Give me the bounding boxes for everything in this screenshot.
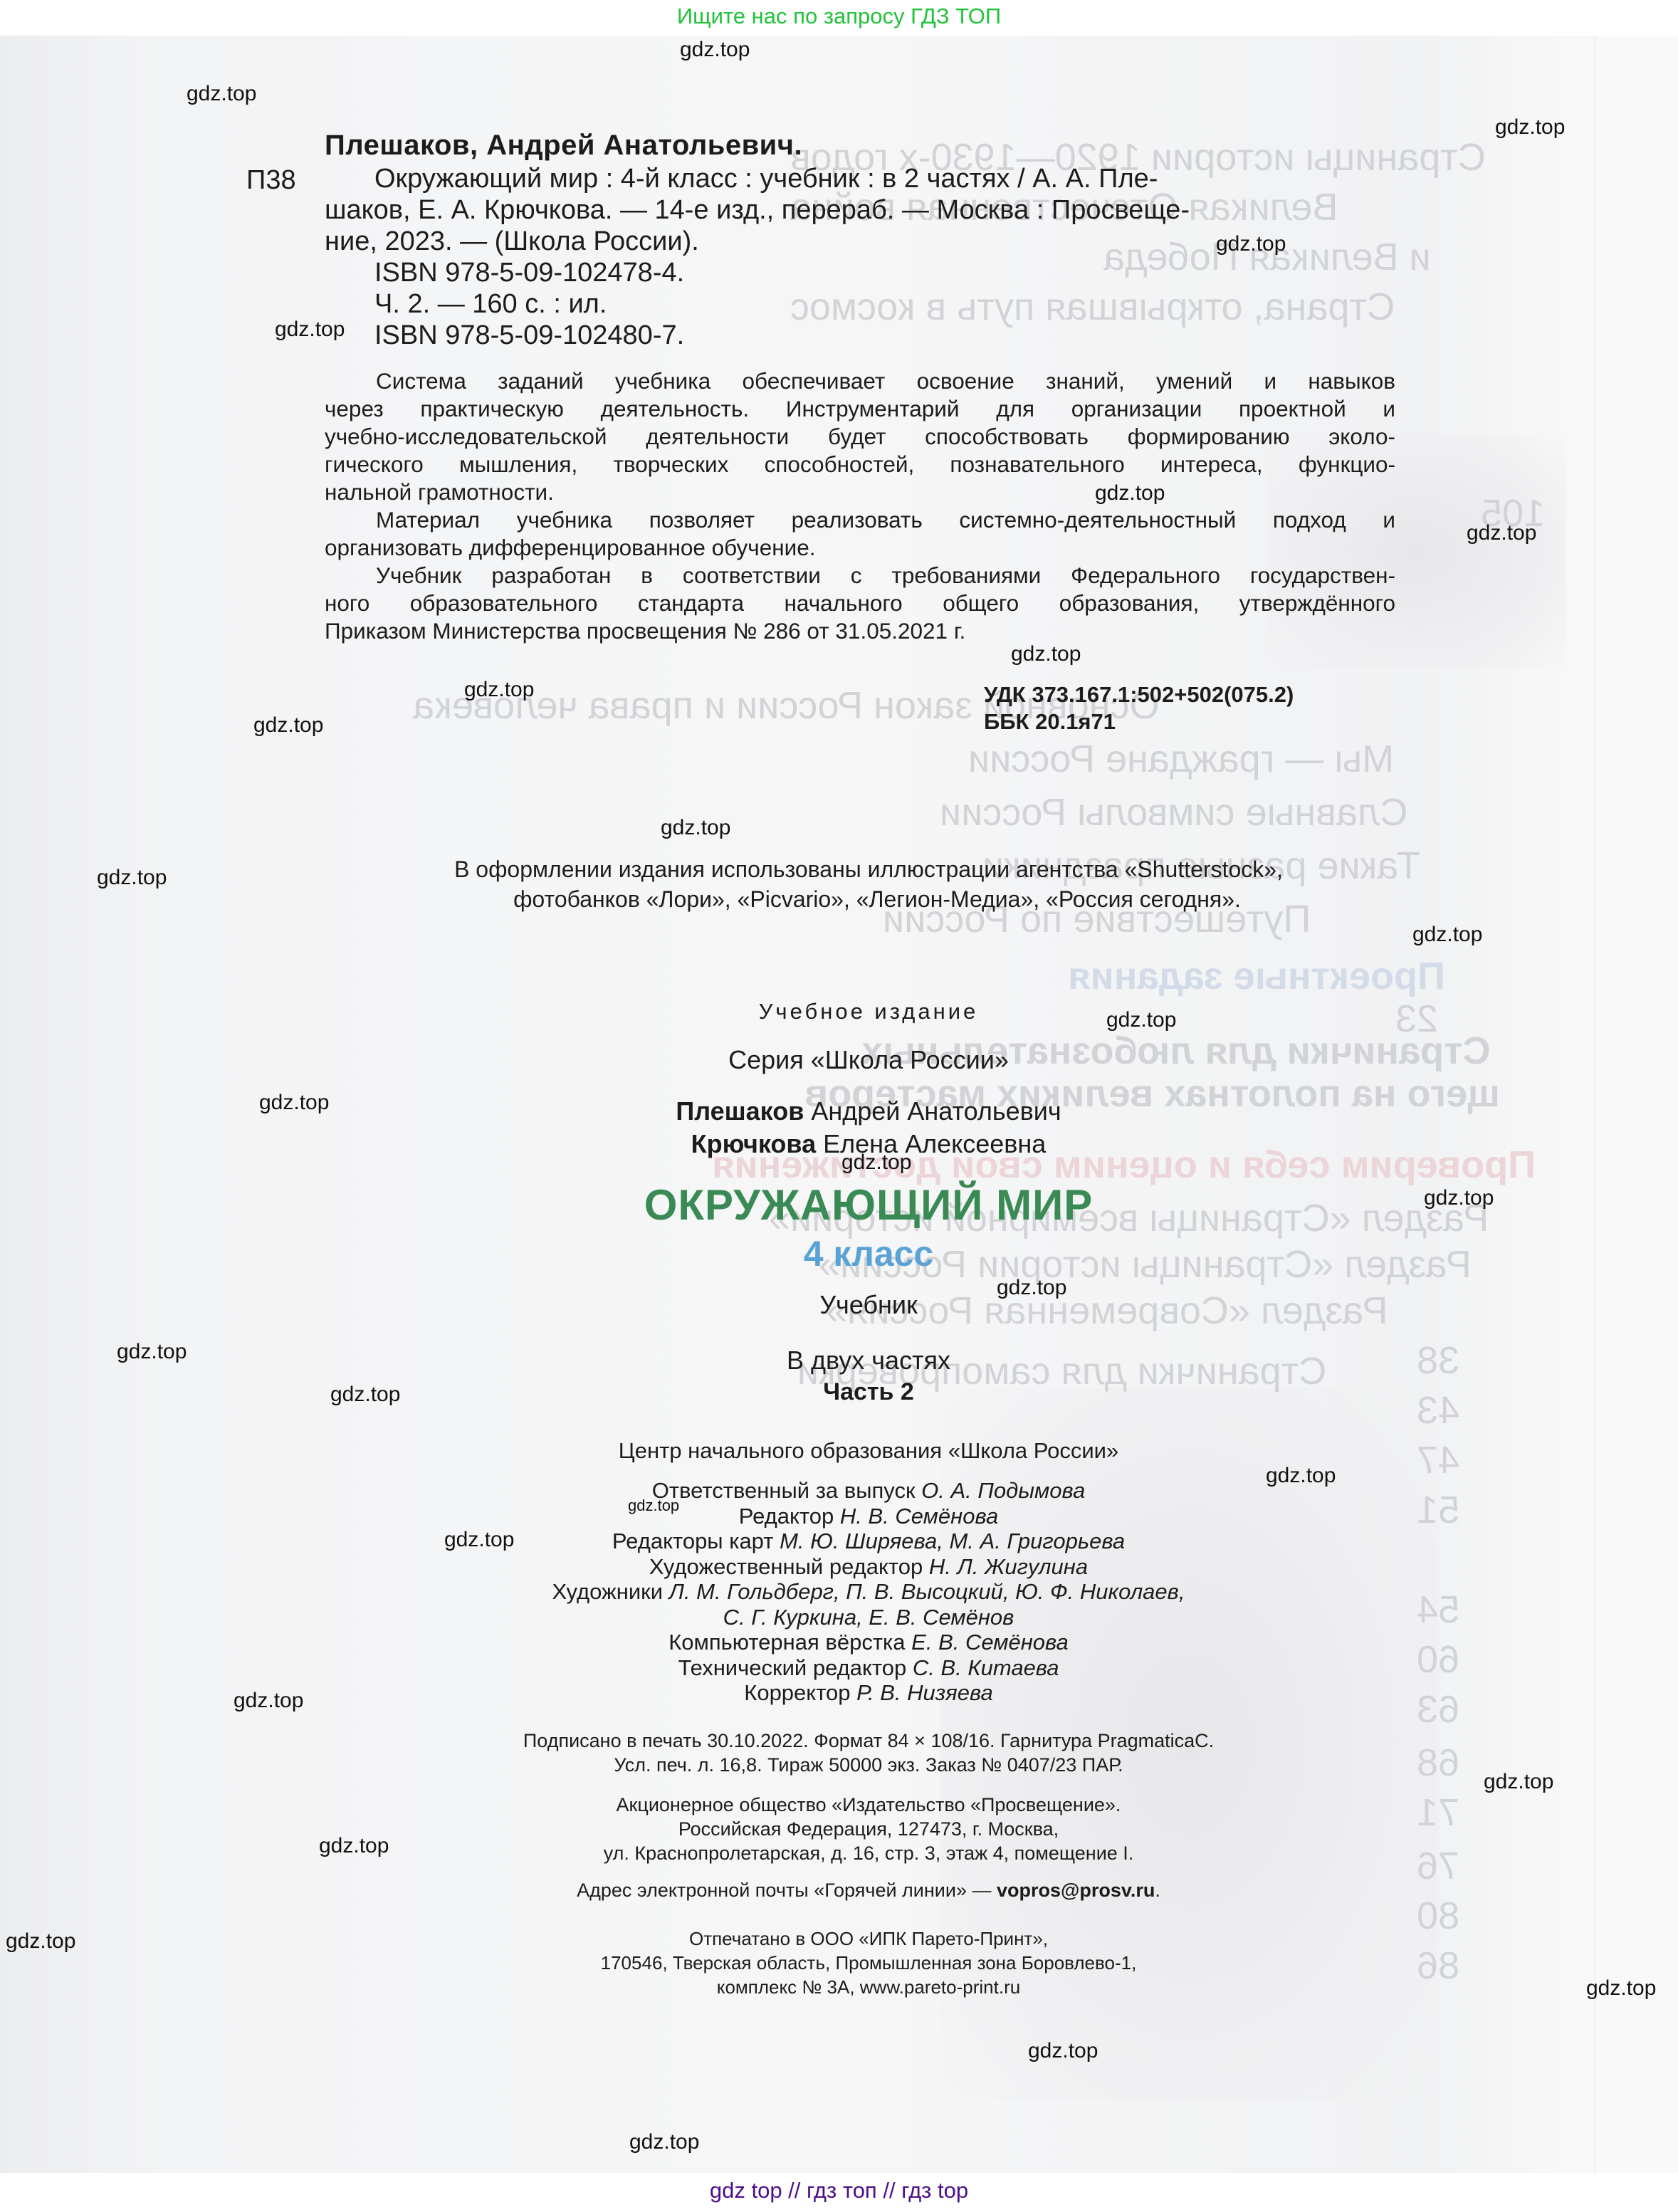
watermark: gdz.top: [234, 1689, 303, 1713]
annotation-line: организовать дифференцированное обучение…: [325, 534, 1395, 562]
watermark: gdz.top: [1467, 521, 1536, 545]
credit-row: Ответственный за выпуск О. А. Подымова: [0, 1478, 1678, 1504]
signed-to-print: Подписано в печать 30.10.2022. Формат 84…: [0, 1729, 1678, 1753]
annotation-line: Система заданий учебника обеспечивает ос…: [325, 367, 1395, 395]
annotation-line: Приказом Министерства просвещения № 286 …: [325, 617, 1395, 645]
watermark: gdz.top: [1266, 1464, 1336, 1488]
illustrations-note-line: фотобанков «Лори», «Picvario», «Легион-М…: [0, 884, 1678, 914]
bib-line: ние, 2023. — (Школа России).: [325, 226, 699, 257]
isbn-part: ISBN 978-5-09-102480-7.: [374, 320, 684, 351]
publisher-line: Российская Федерация, 127473, г. Москва,: [0, 1817, 1678, 1841]
show-through-line: Мы — граждане России: [968, 737, 1394, 781]
annotation-paragraph: Система заданий учебника обеспечивает ос…: [325, 367, 1395, 645]
search-banner: Ищите нас по запросу ГДЗ ТОП: [0, 0, 1678, 36]
annotation-line: через практическую деятельность. Инструм…: [325, 395, 1395, 423]
author-line: Крючкова Елена Алексеевна: [0, 1129, 1678, 1159]
watermark: gdz.top: [1484, 1770, 1553, 1794]
watermark: gdz.top: [1106, 1008, 1176, 1032]
watermark: gdz.top: [97, 866, 167, 890]
print-info: Подписано в печать 30.10.2022. Формат 84…: [0, 1729, 1678, 1777]
watermark: gdz.top: [629, 2130, 699, 2154]
author-heading: Плешаков, Андрей Анатольевич.: [325, 130, 802, 162]
watermark: gdz.top: [259, 1091, 329, 1115]
watermark: gdz.top: [187, 82, 256, 106]
grade: 4 класс: [0, 1233, 1678, 1274]
bib-line: Окружающий мир : 4-й класс : учебник : в…: [374, 164, 1158, 194]
author-surname: Плешаков: [676, 1096, 804, 1126]
watermark: gdz.top: [997, 1276, 1066, 1300]
isbn-set: ISBN 978-5-09-102478-4.: [374, 258, 684, 288]
watermark: gdz.top: [628, 1496, 679, 1515]
publisher-line: Акционерное общество «Издательство «Прос…: [0, 1793, 1678, 1817]
watermark: gdz.top: [330, 1383, 400, 1407]
credit-row: Художественный редактор Н. Л. Жигулина: [0, 1554, 1678, 1580]
watermark: gdz.top: [444, 1528, 514, 1552]
watermark: gdz.top: [319, 1834, 389, 1858]
hotline-email[interactable]: vopros@prosv.ru: [997, 1880, 1155, 1901]
show-through-line: Славные символы России: [940, 790, 1407, 834]
credit-row: Компьютерная вёрстка Е. В. Семёнова: [0, 1630, 1678, 1655]
hotline-period: .: [1155, 1880, 1160, 1901]
hotline-label: Адрес электронной почты «Горячей линии» …: [577, 1880, 997, 1901]
watermark: gdz.top: [6, 1929, 75, 1954]
watermark: gdz.top: [1011, 642, 1081, 666]
part-pages: Ч. 2. — 160 с. : ил.: [374, 289, 607, 320]
printer-line: комплекс № 3А, www.pareto-print.ru: [0, 1975, 1678, 1999]
watermark: gdz.top: [275, 318, 345, 342]
book-type: Учебник: [0, 1290, 1678, 1320]
printer-line: Отпечатано в ООО «ИПК Парето-Принт»,: [0, 1927, 1678, 1951]
credits-list: Ответственный за выпуск О. А. Подымова Р…: [0, 1478, 1678, 1706]
credit-row: Художники Л. М. Гольдберг, П. В. Высоцки…: [0, 1579, 1678, 1605]
classification-code: П38: [246, 165, 296, 196]
credit-row: Технический редактор С. В. Китаева: [0, 1655, 1678, 1681]
watermark: gdz.top: [680, 38, 750, 62]
parts-count: В двух частях: [0, 1346, 1678, 1375]
watermark: gdz.top: [1095, 481, 1165, 505]
watermark: gdz.top: [464, 678, 534, 702]
scanned-page: Страницы истории 1920—1930-х годов Велик…: [0, 36, 1678, 2173]
annotation-line: Материал учебника позволяет реализовать …: [325, 506, 1395, 534]
annotation-line: гического мышления, творческих способнос…: [325, 451, 1395, 478]
watermark: gdz.top: [1424, 1186, 1494, 1210]
watermark: gdz.top: [117, 1340, 187, 1364]
annotation-line: ного образовательного стандарта начально…: [325, 589, 1395, 617]
credit-row: Редактор Н. В. Семёнова: [0, 1504, 1678, 1529]
author-given: Андрей Анатольевич: [811, 1096, 1061, 1126]
watermark: gdz.top: [1495, 115, 1565, 140]
show-through-line: Проектные задания: [1068, 954, 1445, 998]
credit-row: Редакторы карт М. Ю. Ширяева, М. А. Григ…: [0, 1529, 1678, 1554]
watermark: gdz.top: [253, 713, 323, 738]
watermark: gdz.top: [1028, 2039, 1098, 2063]
watermark: gdz.top: [1216, 232, 1286, 256]
watermark: gdz.top: [661, 816, 730, 840]
publisher-line: ул. Краснопролетарская, д. 16, стр. 3, э…: [0, 1841, 1678, 1865]
hotline: Адрес электронной почты «Горячей линии» …: [0, 1880, 1678, 1902]
publisher-address: Акционерное общество «Издательство «Прос…: [0, 1793, 1678, 1865]
edition-type: Учебное издание: [0, 999, 1678, 1024]
bib-line: шаков, Е. А. Крючкова. — 14-е изд., пере…: [325, 195, 1190, 226]
watermark: gdz.top: [1412, 923, 1482, 947]
printer-line: 170546, Тверская область, Промышленная з…: [0, 1951, 1678, 1975]
watermark: gdz.top: [841, 1150, 911, 1175]
credits-center: Центр начального образования «Школа Росс…: [0, 1438, 1678, 1464]
annotation-line: Учебник разработан в соответствии с треб…: [325, 562, 1395, 589]
site-footer: gdz top // гдз топ // гдз top: [0, 2173, 1678, 2212]
print-run: Усл. печ. л. 16,8. Тираж 50000 экз. Зака…: [0, 1753, 1678, 1777]
author-line: Плешаков Андрей Анатольевич: [0, 1096, 1678, 1126]
annotation-line: учебно-исследовательской деятельности бу…: [325, 423, 1395, 451]
annotation-line: нальной грамотности.: [325, 478, 1395, 506]
printer-info: Отпечатано в ООО «ИПК Парето-Принт», 170…: [0, 1927, 1678, 1999]
part-number: Часть 2: [0, 1378, 1678, 1406]
author-surname: Крючкова: [691, 1129, 816, 1158]
credit-row: С. Г. Куркина, Е. В. Семёнов: [0, 1605, 1678, 1630]
show-through-line: Страна, открывшая путь в космос: [790, 285, 1395, 329]
illustrations-note: В оформлении издания использованы иллюст…: [0, 854, 1678, 914]
watermark: gdz.top: [1586, 1976, 1656, 2001]
udk-code: УДК 373.167.1:502+502(075.2): [984, 682, 1294, 708]
bbk-code: ББК 20.1я71: [984, 709, 1116, 735]
illustrations-note-line: В оформлении издания использованы иллюст…: [0, 854, 1678, 884]
series: Серия «Школа России»: [0, 1045, 1678, 1075]
